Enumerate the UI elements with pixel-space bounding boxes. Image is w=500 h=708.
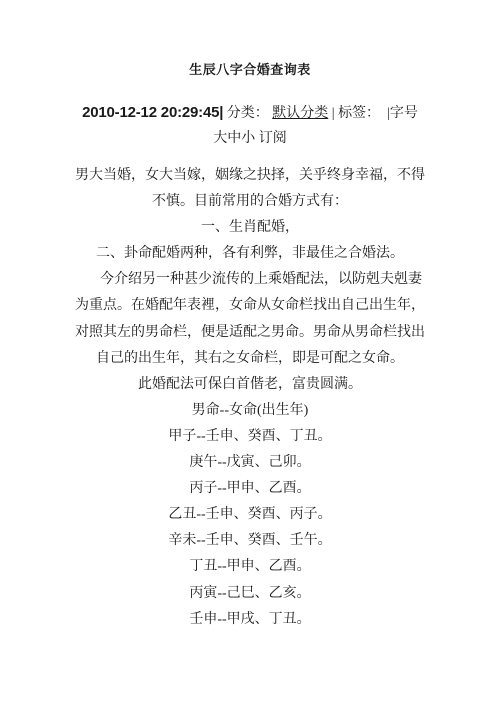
article-line: 一、生肖配婚， <box>0 215 500 241</box>
post-meta-line2: 大中小 订阅 <box>0 126 500 151</box>
post-datetime: 2010-12-12 20:29:45| <box>82 104 223 121</box>
article-line: 自己的出生年，其右之女命栏，即是可配之女命。 <box>0 346 500 372</box>
article-line: 辛未--壬申、癸酉、壬午。 <box>0 528 500 554</box>
article-line: 男大当婚，女大当嫁，姻缘之抉择，关乎终身幸福，不得 <box>0 163 500 189</box>
page-title: 生辰八字合婚查询表 <box>0 60 500 80</box>
font-size-label: |字号 <box>387 106 418 121</box>
article-line: 乙丑--壬申、癸酉、丙子。 <box>0 502 500 528</box>
subscribe-link[interactable]: 订阅 <box>259 131 287 146</box>
article-line: 壬申--甲戌、丁丑。 <box>0 607 500 633</box>
article-line: 二、卦命配婚两种，各有利弊，非最佳之合婚法。 <box>0 241 500 267</box>
article-line: 丁丑--甲申、乙酉。 <box>0 554 500 580</box>
post-meta: 2010-12-12 20:29:45| 分类： 默认分类 | 标签： |字号 … <box>0 100 500 151</box>
article-line: 不慎。目前常用的合婚方式有： <box>0 189 500 215</box>
article-line: 丙子--甲申、乙酉。 <box>0 476 500 502</box>
meta-separator: | <box>332 106 335 121</box>
article-line: 男命--女命(出生年) <box>0 398 500 424</box>
article-line: 丙寅--己巳、乙亥。 <box>0 581 500 607</box>
article-line: 甲子--壬申、癸酉、丁丑。 <box>0 424 500 450</box>
article-line: 庚午--戊寅、己卯。 <box>0 450 500 476</box>
article-line: 对照其左的男命栏，便是适配之男命。男命从男命栏找出 <box>0 320 500 346</box>
font-size-options[interactable]: 大中小 <box>213 131 255 146</box>
article-line: 为重点。在婚配年表裡，女命从女命栏找出自己出生年， <box>0 293 500 319</box>
document-page: 生辰八字合婚查询表 2010-12-12 20:29:45| 分类： 默认分类 … <box>0 0 500 708</box>
post-meta-line1: 2010-12-12 20:29:45| 分类： 默认分类 | 标签： |字号 <box>0 100 500 126</box>
article-line: 此婚配法可保白首偕老，富贵圆满。 <box>0 372 500 398</box>
category-label: 分类： <box>227 106 269 121</box>
category-link[interactable]: 默认分类 <box>272 106 328 121</box>
tags-label: 标签： <box>338 106 380 121</box>
article-body: 男大当婚，女大当嫁，姻缘之抉择，关乎终身幸福，不得不慎。目前常用的合婚方式有：一… <box>0 163 500 633</box>
article-line: 今介绍另一种甚少流传的上乘婚配法，以防剋夫剋妻 <box>0 267 500 293</box>
